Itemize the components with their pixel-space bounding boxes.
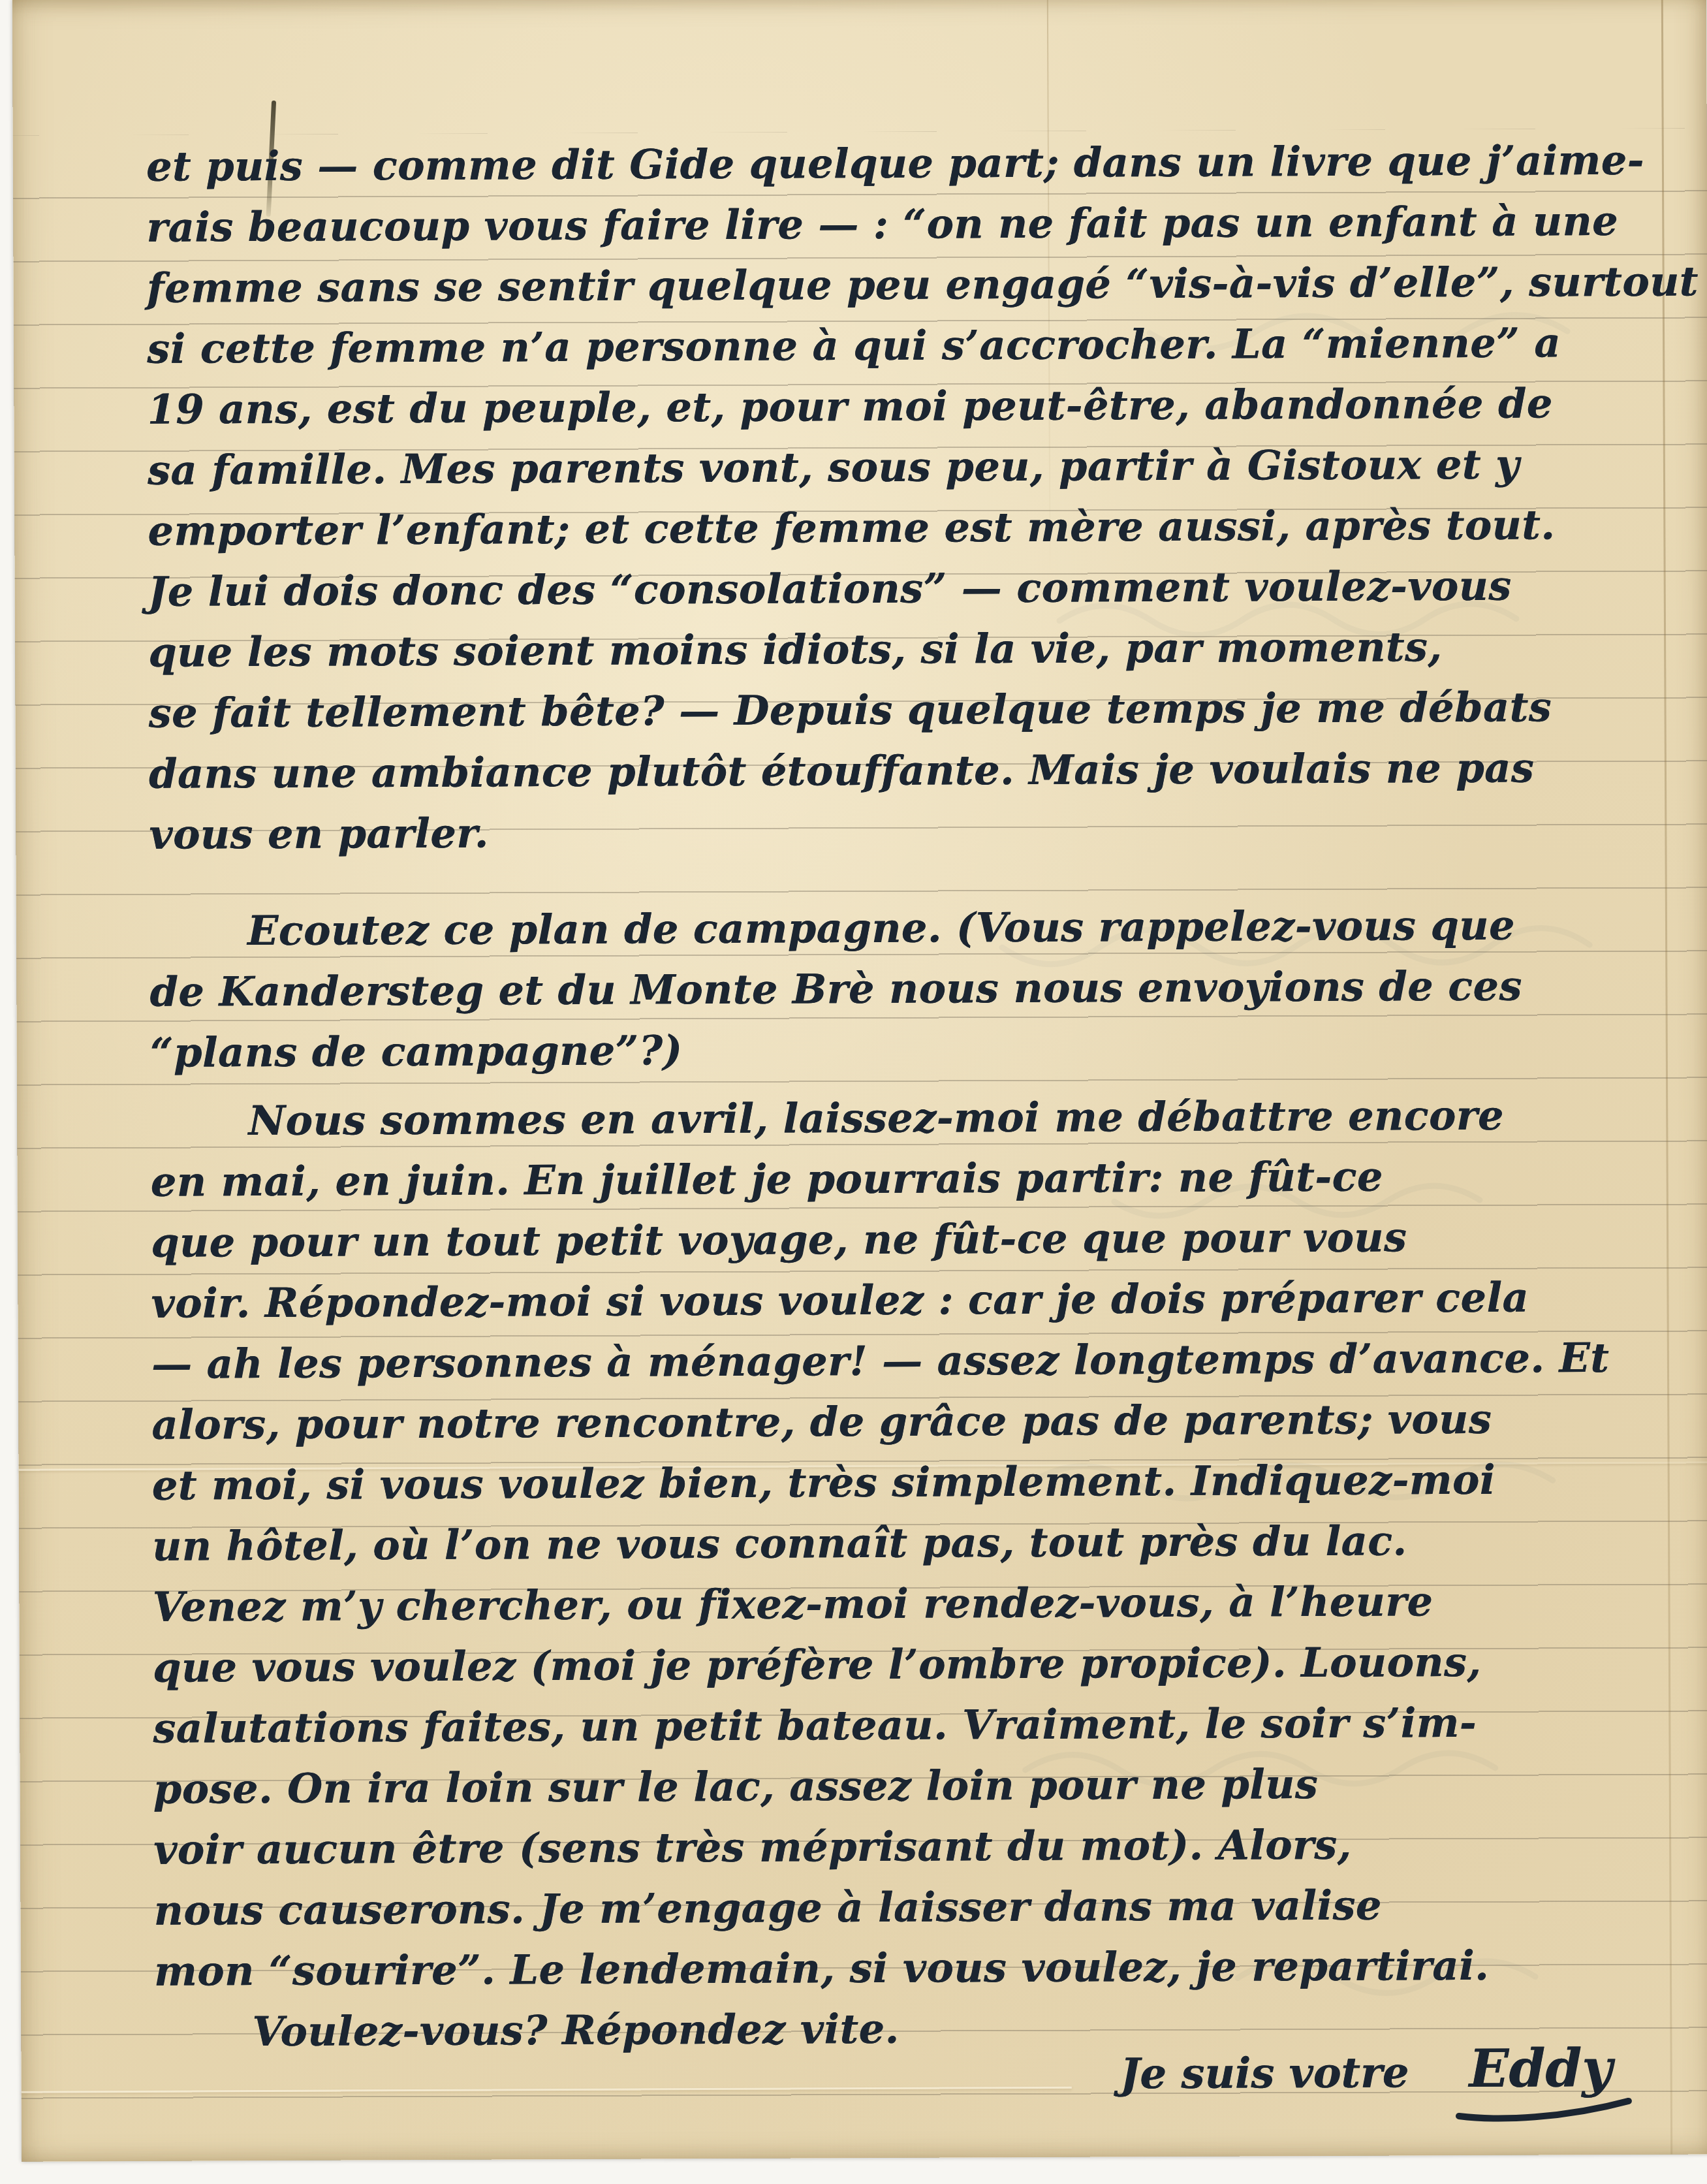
scanned-letter-page: et puis — comme dit Gide quelque part; d… xyxy=(0,0,1707,2184)
letter-line: voir. Répondez-moi si vous voulez : car … xyxy=(151,1266,1692,1333)
letter-line: que pour un tout petit voyage, ne fût-ce… xyxy=(151,1205,1692,1273)
letter-line: mon “sourire”. Le lendemain, si vous vou… xyxy=(154,1934,1695,2001)
letter-line: Venez m’y chercher, ou fixez-moi rendez-… xyxy=(152,1570,1693,1637)
letter-line: — ah les personnes à ménager! — assez lo… xyxy=(151,1327,1693,1394)
letter-closing: Je suis votre Eddy xyxy=(1120,2037,1612,2106)
letter-line: et puis — comme dit Gide quelque part; d… xyxy=(146,129,1687,197)
signature-name: Eddy xyxy=(1469,2037,1612,2099)
letter-line: “plans de campagne”?) xyxy=(150,1015,1691,1083)
letter-line: et moi, si vous voulez bien, très simple… xyxy=(152,1448,1693,1515)
letter-body: et puis — comme dit Gide quelque part; d… xyxy=(146,129,1696,2062)
letter-line: de Kandersteg et du Monte Brè nous nous … xyxy=(149,955,1691,1022)
letter-line: nous causerons. Je m’engage à laisser da… xyxy=(153,1873,1695,1940)
signature: Eddy xyxy=(1469,2037,1612,2104)
letter-line: vous en parler. xyxy=(149,797,1690,864)
letter-line: voir aucun être (sens très méprisant du … xyxy=(153,1812,1695,1880)
letter-line: que les mots soient moins idiots, si la … xyxy=(148,615,1689,682)
letter-line: que vous voulez (moi je préfère l’ombre … xyxy=(153,1630,1694,1698)
letter-line: salutations faites, un petit bateau. Vra… xyxy=(153,1691,1694,1758)
letter-line: dans une ambiance plutôt étouffante. Mai… xyxy=(149,736,1690,804)
letter-line: Nous sommes en avril, laissez-moi me déb… xyxy=(150,1084,1691,1151)
letter-line: si cette femme n’a personne à qui s’accr… xyxy=(147,311,1688,379)
letter-line: rais beaucoup vous faire lire — : “on ne… xyxy=(146,190,1687,257)
signature-underline-flourish xyxy=(1453,2093,1636,2123)
valediction: Je suis votre xyxy=(1120,2048,1409,2098)
letter-line: Je lui dois donc des “consolations” — co… xyxy=(148,554,1689,622)
letter-line: un hôtel, où l’on ne vous connaît pas, t… xyxy=(152,1509,1693,1576)
letter-line: en mai, en juin. En juillet je pourrais … xyxy=(150,1145,1691,1212)
letter-line: sa famille. Mes parents vont, sous peu, … xyxy=(148,433,1689,500)
letter-line: alors, pour notre rencontre, de grâce pa… xyxy=(151,1387,1693,1455)
letter-paper: et puis — comme dit Gide quelque part; d… xyxy=(12,0,1707,2162)
letter-line: emporter l’enfant; et cette femme est mè… xyxy=(148,494,1689,561)
letter-line: 19 ans, est du peuple, et, pour moi peut… xyxy=(147,372,1688,439)
letter-line: femme sans se sentir quelque peu engagé … xyxy=(147,251,1688,318)
letter-line: se fait tellement bête? — Depuis quelque… xyxy=(148,676,1689,743)
letter-line: pose. On ira loin sur le lac, assez loin… xyxy=(153,1752,1695,1819)
letter-line: Ecoutez ce plan de campagne. (Vous rappe… xyxy=(149,894,1691,961)
